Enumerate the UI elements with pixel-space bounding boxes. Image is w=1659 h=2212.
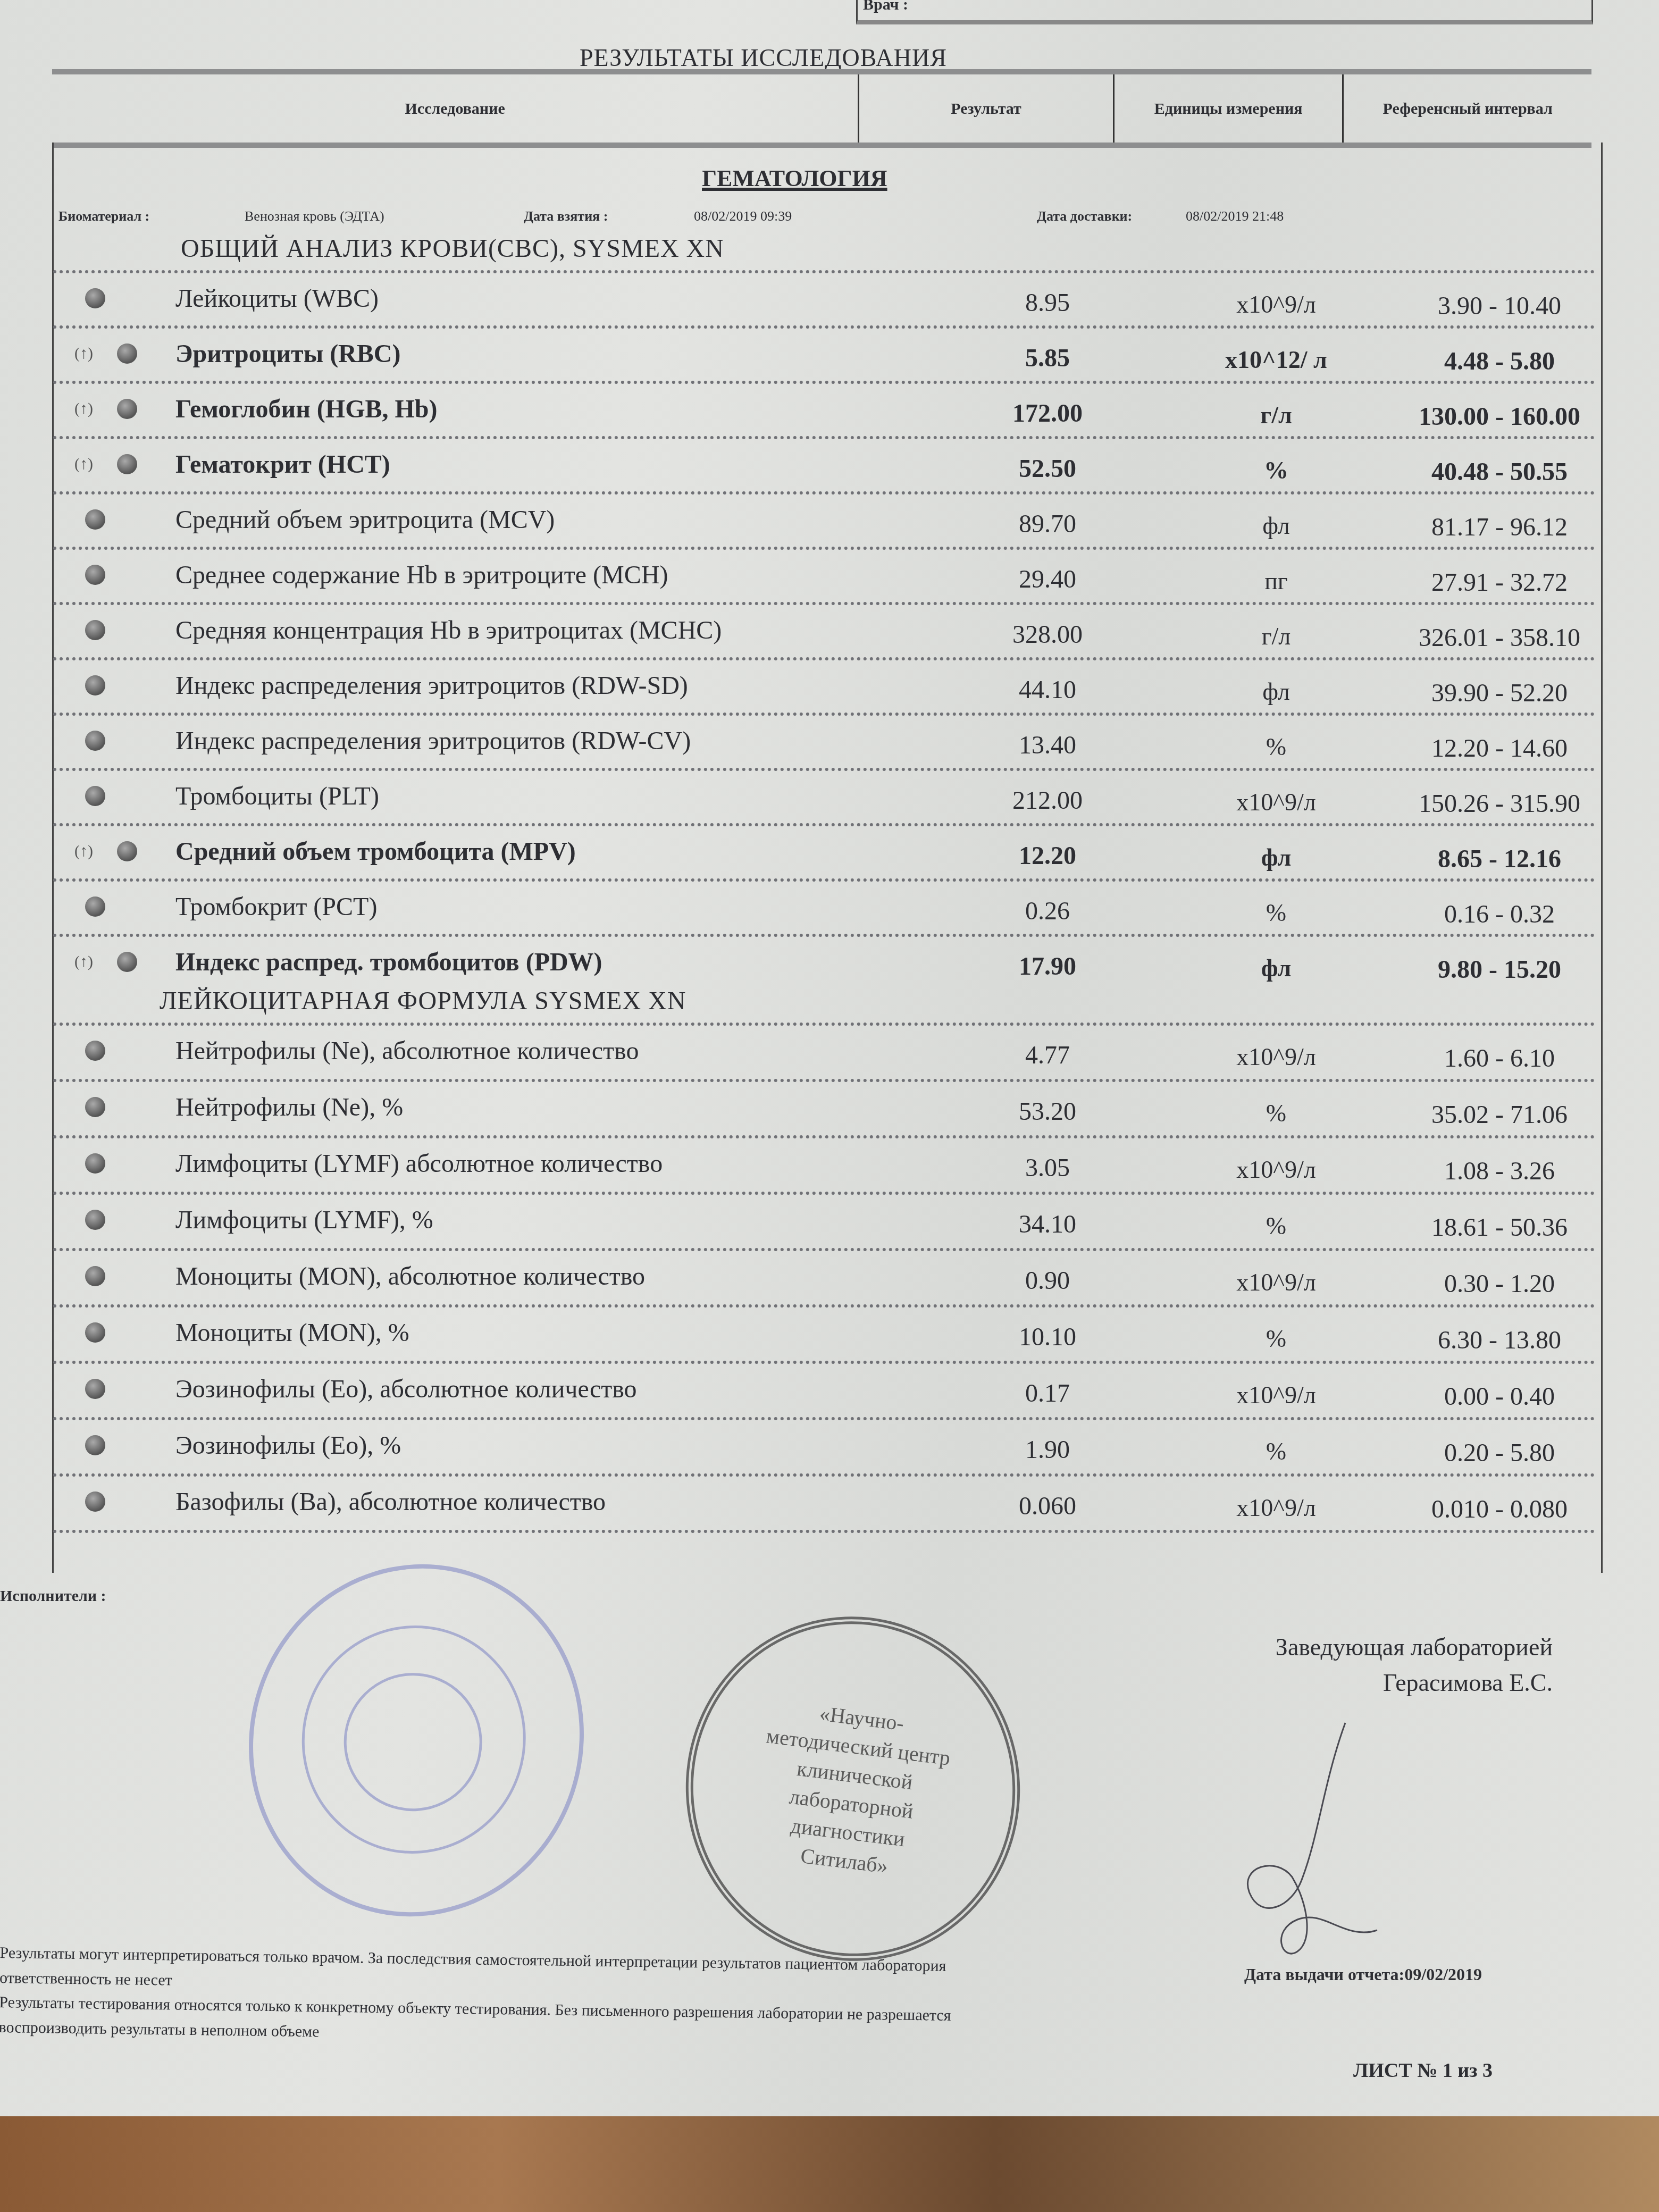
status-dot-icon	[85, 731, 105, 751]
test-name: Индекс распределения эритроцитов (RDW-CV…	[175, 726, 691, 756]
test-value: 29.40	[968, 565, 1127, 594]
status-dot-icon	[85, 1041, 105, 1061]
test-unit: x10^12/ л	[1191, 346, 1361, 374]
test-name: Нейтрофилы (Ne), абсолютное количество	[175, 1036, 639, 1066]
test-unit: x10^9/л	[1191, 1268, 1361, 1296]
test-unit: фл	[1191, 843, 1361, 872]
status-dot-icon	[85, 1153, 105, 1174]
column-header-test: Исследование	[52, 74, 858, 143]
test-unit: фл	[1191, 677, 1361, 706]
table-row: Эозинофилы (Eo), абсолютное количество0.…	[53, 1361, 1595, 1417]
test-value: 89.70	[968, 509, 1127, 539]
test-unit: г/л	[1191, 401, 1361, 429]
delivered-label: Дата доставки:	[1037, 208, 1132, 224]
table-row: Моноциты (MON), абсолютное количество0.9…	[53, 1248, 1595, 1304]
head-of-lab-name: Герасимова Е.С.	[1191, 1665, 1553, 1701]
test-reference: 12.20 - 14.60	[1367, 734, 1632, 763]
test-unit: x10^9/л	[1191, 1381, 1361, 1409]
test-value: 0.060	[968, 1492, 1127, 1521]
results-title: РЕЗУЛЬТАТЫ ИССЛЕДОВАНИЯ	[580, 44, 947, 72]
executors-label: Исполнители :	[0, 1587, 106, 1605]
status-dot-icon	[85, 1097, 105, 1117]
test-unit: %	[1191, 733, 1361, 761]
test-unit: %	[1191, 899, 1361, 927]
test-reference: 3.90 - 10.40	[1367, 291, 1632, 321]
test-reference: 6.30 - 13.80	[1367, 1326, 1632, 1355]
flag-high-icon: (↑)	[74, 345, 106, 363]
test-value: 12.20	[968, 841, 1127, 870]
issue-date-label: Дата выдачи отчета:	[1244, 1965, 1404, 1984]
signature-icon	[1186, 1717, 1409, 1967]
test-value: 3.05	[968, 1153, 1127, 1183]
test-name: Лимфоциты (LYMF), %	[175, 1205, 433, 1235]
lab-stamp-text: «Научно-методический центр клинической л…	[748, 1692, 959, 1887]
test-unit: %	[1191, 1437, 1361, 1465]
table-row: Эозинофилы (Eo), %1.90%0.20 - 5.80	[53, 1417, 1595, 1473]
test-reference: 40.48 - 50.55	[1367, 457, 1632, 487]
test-unit: %	[1191, 1212, 1361, 1240]
group-title: ОБЩИЙ АНАЛИЗ КРОВИ(CBC), SYSMEX XN	[181, 234, 724, 263]
table-row: Тромбокрит (PCT)0.26%0.16 - 0.32	[53, 878, 1595, 935]
status-dot-icon	[85, 1435, 105, 1455]
test-reference: 150.26 - 315.90	[1367, 789, 1632, 818]
test-unit: %	[1191, 456, 1361, 484]
test-name: Средний объем тромбоцита (MPV)	[175, 837, 576, 866]
status-dot-icon	[117, 454, 137, 474]
table-header: Исследование Результат Единицы измерения…	[52, 69, 1591, 148]
test-reference: 35.02 - 71.06	[1367, 1100, 1632, 1129]
head-of-lab-block: Заведующая лабораторией Герасимова Е.С.	[1191, 1630, 1553, 1700]
test-value: 0.90	[968, 1266, 1127, 1295]
test-value: 0.17	[968, 1379, 1127, 1408]
table-row: (↑)Индекс распред. тромбоцитов (PDW)17.9…	[53, 934, 1595, 990]
status-dot-icon	[85, 1210, 105, 1230]
doctor-box: Врач :	[856, 0, 1593, 24]
table-row: Средняя концентрация Hb в эритроцитах (M…	[53, 602, 1595, 658]
test-reference: 4.48 - 5.80	[1367, 347, 1632, 376]
issue-date: Дата выдачи отчета:09/02/2019	[1244, 1965, 1482, 1984]
status-dot-icon	[85, 1266, 105, 1286]
table-row: (↑)Средний объем тромбоцита (MPV)12.20фл…	[53, 823, 1595, 879]
status-dot-icon	[117, 343, 137, 364]
flag-high-icon: (↑)	[74, 400, 106, 418]
test-name: Эритроциты (RBC)	[175, 339, 400, 368]
company-stamp-blue	[203, 1521, 629, 1960]
status-dot-icon	[85, 1492, 105, 1512]
table-row: (↑)Гематокрит (HCT)52.50%40.48 - 50.55	[53, 436, 1595, 492]
section-title: ГЕМАТОЛОГИЯ	[702, 165, 887, 192]
test-value: 34.10	[968, 1210, 1127, 1239]
table-row: Среднее содержание Hb в эритроците (MCH)…	[53, 547, 1595, 603]
status-dot-icon	[85, 620, 105, 640]
test-unit: %	[1191, 1099, 1361, 1127]
test-reference: 27.91 - 32.72	[1367, 568, 1632, 597]
test-name: Средний объем эритроцита (MCV)	[175, 505, 555, 534]
test-name: Среднее содержание Hb в эритроците (MCH)	[175, 560, 668, 590]
flag-high-icon: (↑)	[74, 455, 106, 473]
test-name: Базофилы (Ba), абсолютное количество	[175, 1487, 606, 1516]
test-reference: 81.17 - 96.12	[1367, 513, 1632, 542]
status-dot-icon	[85, 565, 105, 585]
test-reference: 0.16 - 0.32	[1367, 900, 1632, 929]
table-row: (↑)Гемоглобин (HGB, Hb)172.00г/л130.00 -…	[53, 381, 1595, 437]
test-name: Моноциты (MON), абсолютное количество	[175, 1262, 645, 1291]
test-name: Средняя концентрация Hb в эритроцитах (M…	[175, 616, 722, 645]
test-reference: 8.65 - 12.16	[1367, 844, 1632, 874]
test-name: Моноциты (MON), %	[175, 1318, 409, 1347]
test-value: 44.10	[968, 675, 1127, 705]
status-dot-icon	[85, 786, 105, 806]
table-row: (↑)Эритроциты (RBC)5.85x10^12/ л4.48 - 5…	[53, 325, 1595, 382]
test-unit: %	[1191, 1325, 1361, 1353]
table-row: Лимфоциты (LYMF), %34.10%18.61 - 50.36	[53, 1192, 1595, 1248]
table-row: Индекс распределения эритроцитов (RDW-SD…	[53, 657, 1595, 714]
status-dot-icon	[85, 1322, 105, 1343]
test-unit: x10^9/л	[1191, 1494, 1361, 1522]
test-unit: x10^9/л	[1191, 290, 1361, 319]
sheet-number: ЛИСТ № 1 из 3	[1353, 2059, 1493, 2082]
test-value: 1.90	[968, 1435, 1127, 1464]
status-dot-icon	[85, 1379, 105, 1399]
test-value: 212.00	[968, 786, 1127, 815]
test-name: Тромбокрит (PCT)	[175, 892, 377, 921]
test-value: 13.40	[968, 731, 1127, 760]
test-name: Индекс распределения эритроцитов (RDW-SD…	[175, 671, 688, 700]
test-unit: x10^9/л	[1191, 1155, 1361, 1184]
test-reference: 130.00 - 160.00	[1367, 402, 1632, 431]
test-name: Гематокрит (HCT)	[175, 450, 390, 479]
doctor-label: Врач :	[863, 0, 908, 14]
table-row: Средний объем эритроцита (MCV)89.70фл81.…	[53, 491, 1595, 548]
delivered-value: 08/02/2019 21:48	[1186, 208, 1284, 224]
test-unit: г/л	[1191, 622, 1361, 650]
status-dot-icon	[85, 509, 105, 530]
status-dot-icon	[85, 288, 105, 308]
test-reference: 39.90 - 52.20	[1367, 678, 1632, 708]
test-unit: x10^9/л	[1191, 788, 1361, 816]
table-row: Моноциты (MON), %10.10%6.30 - 13.80	[53, 1304, 1595, 1361]
test-name: Лимфоциты (LYMF) абсолютное количество	[175, 1149, 663, 1178]
column-header-units: Единицы измерения	[1113, 74, 1343, 143]
table-row: Нейтрофилы (Ne), %53.20%35.02 - 71.06	[53, 1079, 1595, 1135]
test-name: Тромбоциты (PLT)	[175, 782, 379, 811]
column-header-result: Результат	[858, 74, 1113, 143]
test-reference: 0.010 - 0.080	[1367, 1495, 1632, 1524]
table-row: Тромбоциты (PLT)212.00x10^9/л150.26 - 31…	[53, 768, 1595, 824]
test-value: 0.26	[968, 896, 1127, 926]
test-unit: пг	[1191, 567, 1361, 595]
test-value: 4.77	[968, 1041, 1127, 1070]
test-value: 172.00	[968, 399, 1127, 428]
table-row: Базофилы (Ba), абсолютное количество0.06…	[53, 1473, 1595, 1533]
test-name: Эозинофилы (Eo), абсолютное количество	[175, 1375, 637, 1404]
test-unit: фл	[1191, 954, 1361, 982]
collected-label: Дата взятия :	[524, 208, 608, 224]
test-reference: 0.00 - 0.40	[1367, 1382, 1632, 1411]
lab-stamp: «Научно-методический центр клинической л…	[664, 1595, 1042, 1982]
lab-report-page: Врач : РЕЗУЛЬТАТЫ ИССЛЕДОВАНИЯ Исследова…	[0, 0, 1659, 2116]
test-name: Нейтрофилы (Ne), %	[175, 1093, 403, 1122]
test-unit: x10^9/л	[1191, 1043, 1361, 1071]
collected-value: 08/02/2019 09:39	[694, 208, 792, 224]
test-unit: фл	[1191, 512, 1361, 540]
test-value: 10.10	[968, 1322, 1127, 1352]
table-row: Лимфоциты (LYMF) абсолютное количество3.…	[53, 1135, 1595, 1192]
test-reference: 9.80 - 15.20	[1367, 955, 1632, 984]
status-dot-icon	[117, 841, 137, 861]
column-header-reference: Референсный интервал	[1342, 74, 1591, 143]
flag-high-icon: (↑)	[74, 842, 106, 860]
test-reference: 326.01 - 358.10	[1367, 623, 1632, 652]
test-name: Лейкоциты (WBC)	[175, 284, 379, 313]
test-name: Гемоглобин (HGB, Hb)	[175, 395, 438, 424]
test-value: 52.50	[968, 454, 1127, 483]
head-of-lab-title: Заведующая лабораторией	[1191, 1630, 1553, 1665]
status-dot-icon	[85, 675, 105, 696]
test-reference: 1.60 - 6.10	[1367, 1044, 1632, 1073]
status-dot-icon	[117, 952, 137, 972]
test-value: 328.00	[968, 620, 1127, 649]
test-name: Индекс распред. тромбоцитов (PDW)	[175, 948, 602, 977]
test-reference: 18.61 - 50.36	[1367, 1213, 1632, 1242]
biomaterial-value: Венозная кровь (ЭДТА)	[245, 208, 384, 224]
table-row: Лейкоциты (WBC)8.95x10^9/л3.90 - 10.40	[53, 270, 1595, 326]
issue-date-value: 09/02/2019	[1404, 1965, 1482, 1984]
test-value: 53.20	[968, 1097, 1127, 1126]
test-value: 5.85	[968, 343, 1127, 373]
test-reference: 0.20 - 5.80	[1367, 1438, 1632, 1468]
status-dot-icon	[85, 896, 105, 917]
test-reference: 0.30 - 1.20	[1367, 1269, 1632, 1298]
flag-high-icon: (↑)	[74, 953, 106, 971]
background-surface	[0, 2116, 1659, 2212]
test-name: Эозинофилы (Eo), %	[175, 1431, 401, 1460]
table-row: Индекс распределения эритроцитов (RDW-CV…	[53, 713, 1595, 769]
test-value: 8.95	[968, 288, 1127, 317]
table-row: Нейтрофилы (Ne), абсолютное количество4.…	[53, 1023, 1595, 1079]
biomaterial-label: Биоматериал :	[58, 208, 149, 224]
disclaimer-notes: Результаты могут интерпретироваться толь…	[0, 1941, 952, 2053]
group-title: ЛЕЙКОЦИТАРНАЯ ФОРМУЛА SYSMEX XN	[160, 986, 686, 1016]
test-value: 17.90	[968, 952, 1127, 981]
status-dot-icon	[117, 399, 137, 419]
test-reference: 1.08 - 3.26	[1367, 1157, 1632, 1186]
